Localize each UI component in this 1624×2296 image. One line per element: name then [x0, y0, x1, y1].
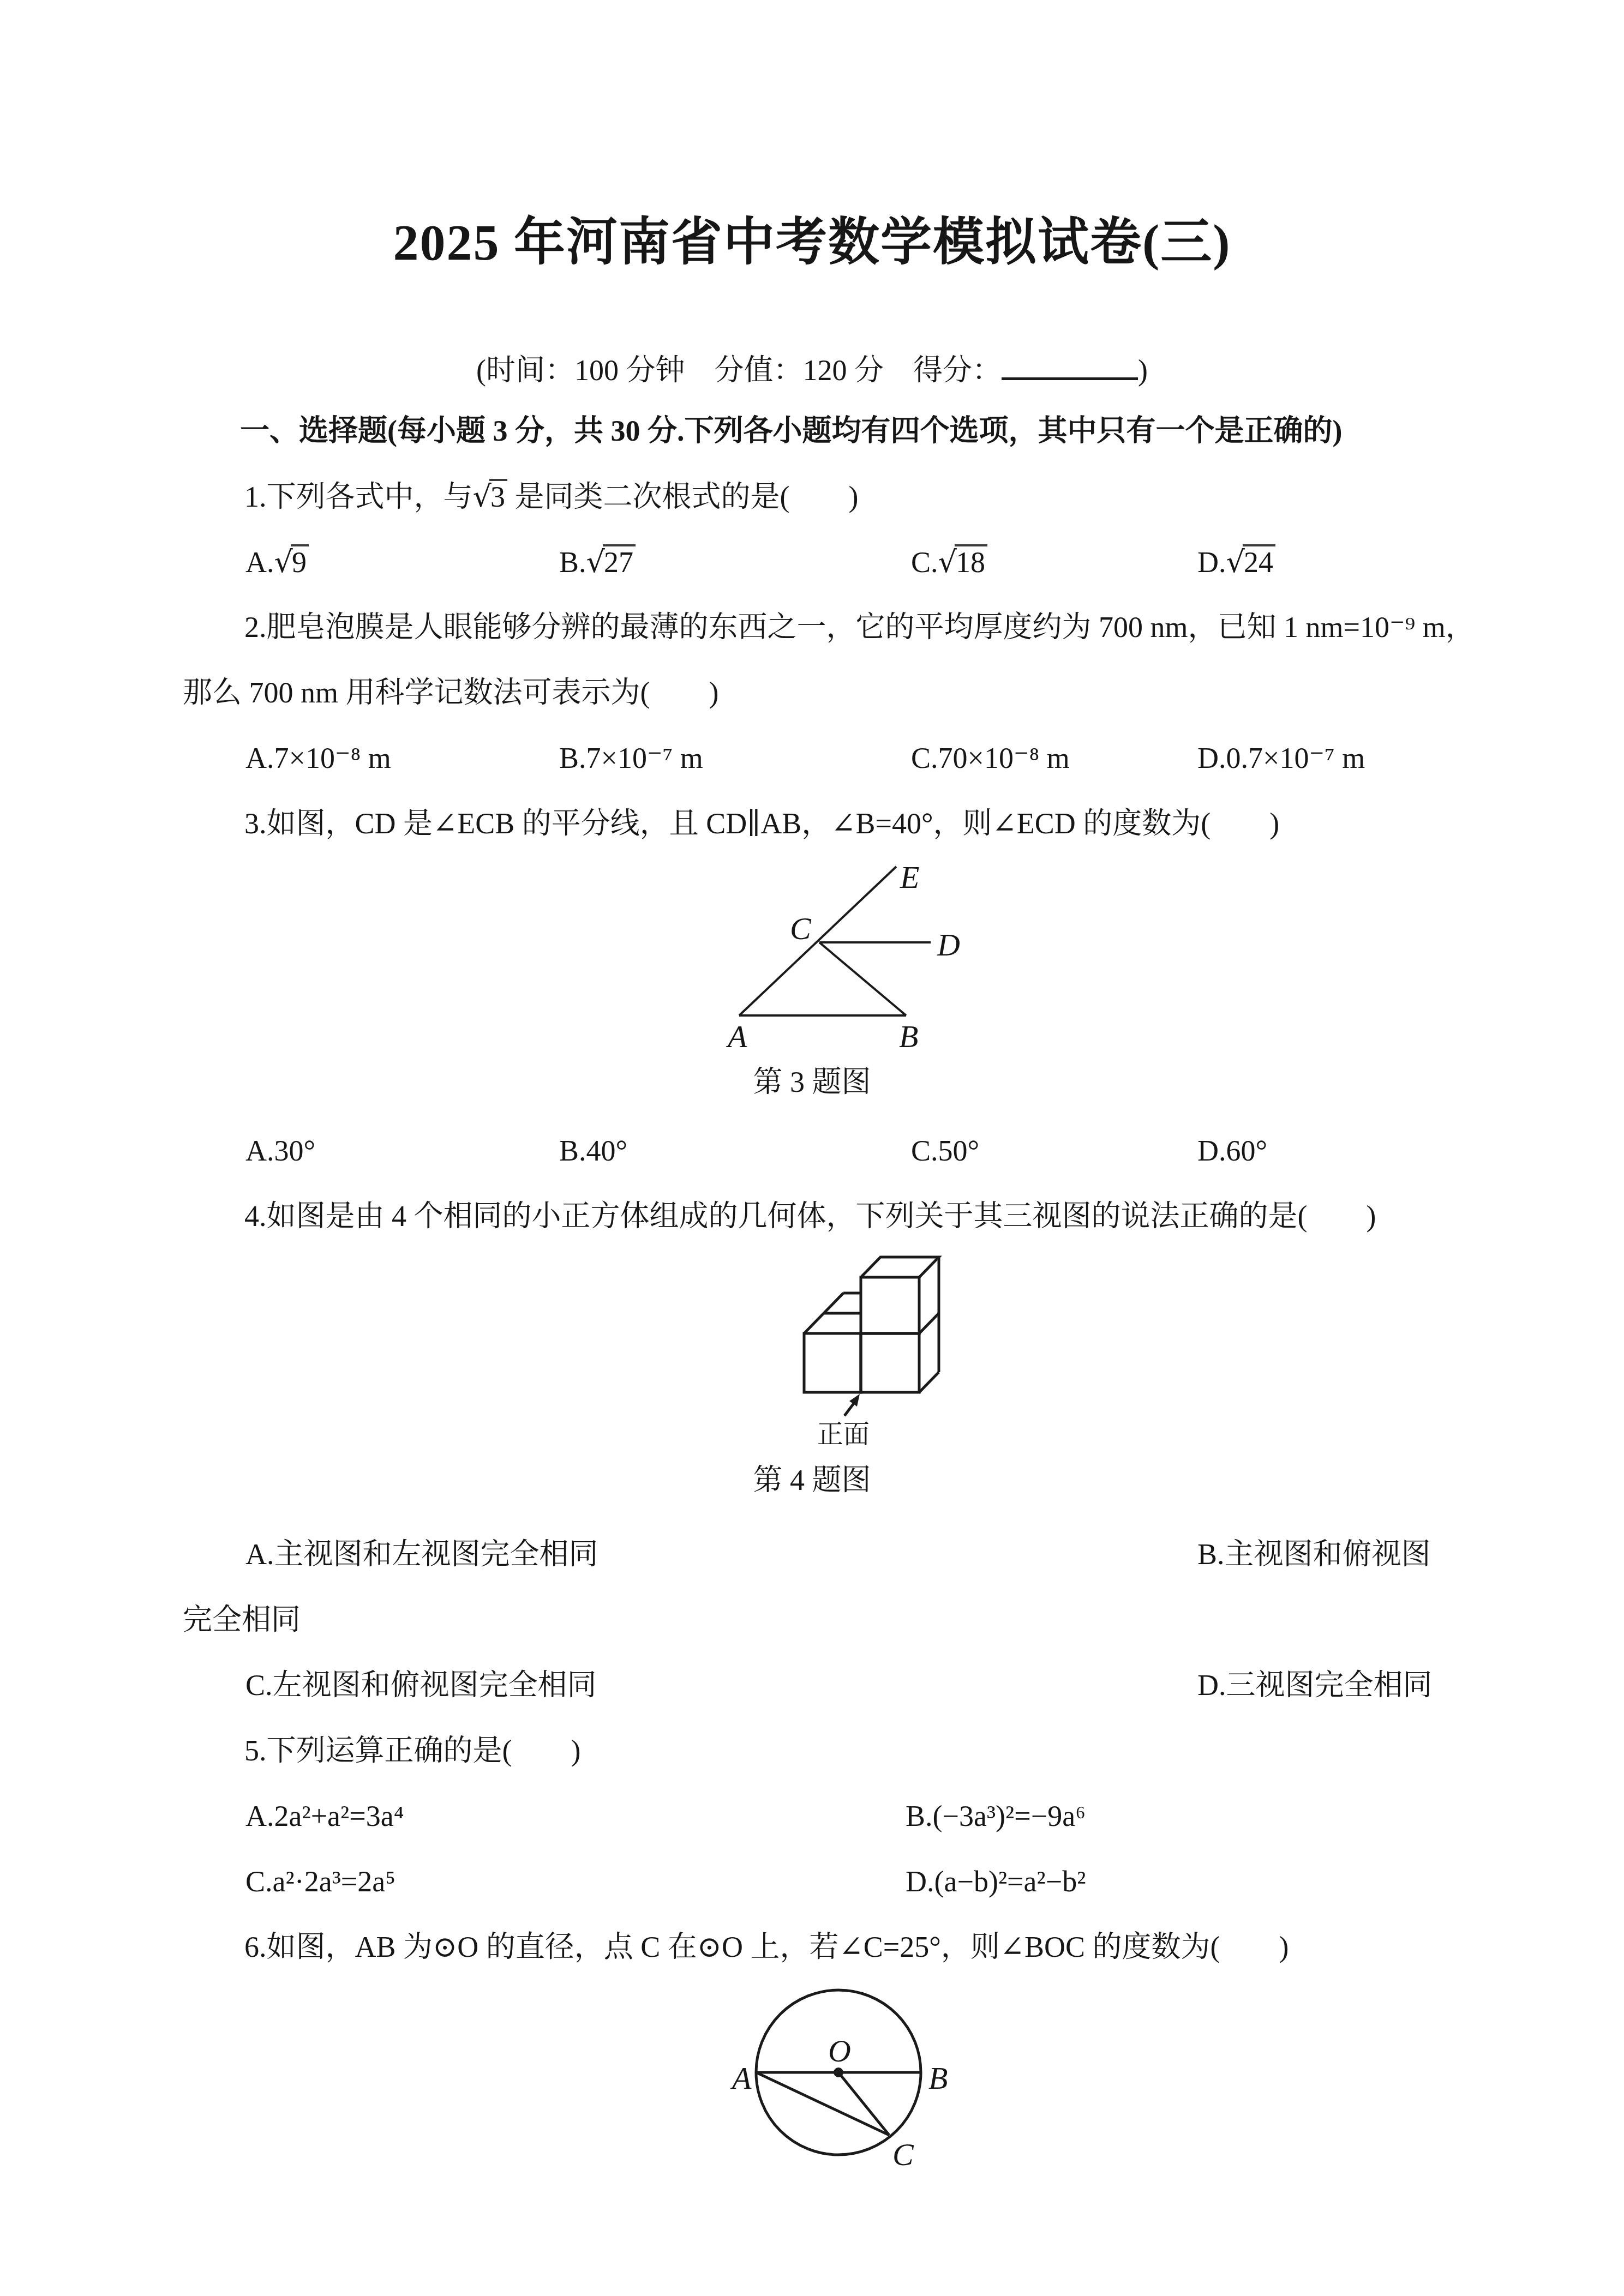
- sqrt-icon: √: [473, 479, 492, 514]
- q3-option-d: D.60°: [1197, 1133, 1267, 1168]
- point-label-c: C: [892, 2137, 914, 2172]
- radicand: 27: [603, 544, 636, 578]
- sqrt-icon: √: [938, 545, 957, 579]
- q3-option-c: C.50°: [911, 1133, 979, 1168]
- q1-option-d: D.√24: [1197, 544, 1275, 580]
- q5-stem: 5.下列运算正确的是( ): [244, 1733, 580, 1768]
- q5-option-d: D.(a−b)²=a²−b²: [906, 1864, 1086, 1899]
- score-blank-line: [1002, 351, 1138, 380]
- meta-text: (时间：100 分钟 分值：120 分 得分：: [476, 354, 1002, 387]
- option-label: C.: [911, 546, 938, 579]
- sqrt-icon: √: [274, 545, 293, 579]
- q3-option-a: A.30°: [245, 1133, 315, 1168]
- option-label: B.: [559, 546, 586, 579]
- radicand: 3: [489, 479, 507, 512]
- q3-stem: 3.如图，CD 是∠ECB 的平分线，且 CD∥AB，∠B=40°，则∠ECD …: [244, 806, 1279, 841]
- point-label-b: B: [928, 2060, 948, 2096]
- q2-option-a: A.7×10⁻⁸ m: [245, 741, 391, 776]
- point-label-a: A: [726, 1019, 747, 1054]
- q4-figure-cubes: 正面: [764, 1249, 1009, 1467]
- q4-stem: 4.如图是由 4 个相同的小正方体组成的几何体，下列关于其三视图的说法正确的是(…: [244, 1199, 1376, 1234]
- q3-options-row: A.30° B.40° C.50° D.60°: [0, 1133, 1624, 1168]
- point-label-d: D: [937, 927, 960, 963]
- q4-options-row-cd: C.左视图和俯视图完全相同 D.三视图完全相同: [0, 1668, 1624, 1703]
- q2-stem-line1: 2.肥皂泡膜是人眼能够分辨的最薄的东西之一，它的平均厚度约为 700 nm，已知…: [244, 610, 1475, 645]
- sqrt-expression: √27: [586, 546, 636, 579]
- option-label: D.: [1197, 546, 1226, 579]
- q2-options-row: A.7×10⁻⁸ m B.7×10⁻⁷ m C.70×10⁻⁸ m D.0.7×…: [0, 741, 1624, 776]
- q6-stem: 6.如图，AB 为⊙O 的直径，点 C 在⊙O 上，若∠C=25°，则∠BOC …: [244, 1930, 1289, 1964]
- point-label-o: O: [828, 2033, 851, 2069]
- q1-option-a: A.√9: [245, 544, 309, 580]
- point-label-e: E: [900, 860, 919, 895]
- sqrt-expression: √9: [274, 546, 309, 579]
- q4-option-b-part2: 完全相同: [183, 1602, 301, 1637]
- q5-option-a: A.2a²+a²=3a⁴: [245, 1799, 404, 1834]
- point-label-a: A: [730, 2060, 752, 2096]
- radicand: 24: [1243, 544, 1275, 578]
- q1-stem-text-2: 是同类二次根式的是( ): [507, 480, 858, 513]
- q2-option-d: D.0.7×10⁻⁷ m: [1197, 741, 1365, 776]
- sqrt-icon: √: [586, 545, 605, 579]
- section-1-heading: 一、选择题(每小题 3 分，共 30 分.下列各小题均有四个选项，其中只有一个是…: [240, 413, 1342, 448]
- exam-meta-line: (时间：100 分钟 分值：120 分 得分：): [0, 347, 1624, 389]
- q4-option-c: C.左视图和俯视图完全相同: [245, 1668, 597, 1703]
- center-dot: [834, 2067, 843, 2077]
- q2-stem-line2: 那么 700 nm 用科学记数法可表示为( ): [183, 675, 718, 710]
- q1-option-b: B.√27: [559, 544, 636, 580]
- q3-option-b: B.40°: [559, 1133, 627, 1168]
- front-arrow-head: [849, 1394, 860, 1407]
- q5-options-row-cd: C.a²·2a³=2a⁵ D.(a−b)²=a²−b²: [0, 1864, 1624, 1899]
- q5-option-c: C.a²·2a³=2a⁵: [245, 1864, 395, 1899]
- page-title: 2025 年河南省中考数学模拟试卷(三): [0, 201, 1624, 274]
- point-label-b: B: [899, 1019, 918, 1054]
- q5-options-row-ab: A.2a²+a²=3a⁴ B.(−3a³)²=−9a⁶: [0, 1799, 1624, 1834]
- q1-stem-text-1: 1.下列各式中，与: [244, 480, 473, 513]
- front-view-label: 正面: [817, 1420, 870, 1449]
- q1-option-c: C.√18: [911, 544, 987, 580]
- radicand: 9: [291, 544, 309, 578]
- point-label-c: C: [790, 911, 812, 946]
- q4-option-a: A.主视图和左视图完全相同: [245, 1537, 598, 1572]
- q2-option-c: C.70×10⁻⁸ m: [911, 741, 1070, 776]
- q3-figure-caption: 第 3 题图: [0, 1065, 1624, 1099]
- q4-figure-caption: 第 4 题图: [0, 1463, 1624, 1498]
- q4-options-row-ab: A.主视图和左视图完全相同 B.主视图和俯视图: [0, 1537, 1624, 1572]
- q6-figure-circle: A B O C: [720, 1980, 993, 2209]
- q4-option-d: D.三视图完全相同: [1197, 1668, 1433, 1703]
- meta-close-paren: ): [1138, 354, 1148, 387]
- option-label: A.: [245, 546, 274, 579]
- q1-options-row: A.√9 B.√27 C.√18 D.√24: [0, 544, 1624, 579]
- q5-option-b: B.(−3a³)²=−9a⁶: [906, 1799, 1086, 1834]
- q4-option-b-part1: B.主视图和俯视图: [1197, 1537, 1431, 1572]
- sqrt-expression: √3: [473, 480, 507, 513]
- q3-figure-angle-diagram: E C D A B: [682, 851, 1009, 1080]
- q2-option-b: B.7×10⁻⁷ m: [559, 741, 703, 776]
- sqrt-expression: √24: [1226, 546, 1275, 579]
- sqrt-icon: √: [1226, 545, 1245, 579]
- sqrt-expression: √18: [938, 546, 987, 579]
- exam-paper-page: 2025 年河南省中考数学模拟试卷(三) (时间：100 分钟 分值：120 分…: [0, 0, 1624, 2296]
- q1-stem: 1.下列各式中，与√3 是同类二次根式的是( ): [244, 479, 858, 514]
- front-arrow: [844, 1403, 854, 1416]
- radicand: 18: [955, 544, 987, 578]
